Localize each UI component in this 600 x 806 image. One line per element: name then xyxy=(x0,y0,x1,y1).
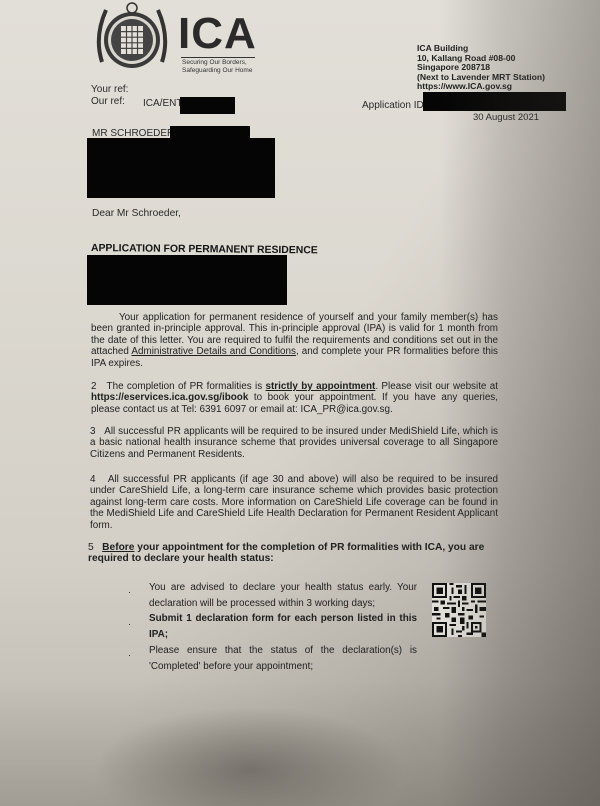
logo-divider xyxy=(181,57,255,58)
paragraph-number: 3 xyxy=(90,426,96,437)
our-ref-label: Our ref: xyxy=(91,96,125,107)
p4-text: All successful PR applicants (if age 30 … xyxy=(90,474,498,531)
salutation: Dear Mr Schroeder, xyxy=(92,208,181,219)
paragraph-3: 3 All successful PR applicants will be r… xyxy=(90,426,498,460)
paragraph-4: 4 All successful PR applicants (if age 3… xyxy=(90,474,498,531)
before-emphasis: Before xyxy=(102,542,134,553)
p5-text: your appointment for the completion of P… xyxy=(88,542,484,564)
redacted-subject-detail xyxy=(87,255,287,305)
bullet-item-2: Submit 1 declaration form for each perso… xyxy=(149,611,417,642)
tagline-line-1: Securing Our Borders, xyxy=(182,59,252,67)
p2-text-mid: . Please visit our website at xyxy=(375,381,498,392)
your-ref-label: Your ref: xyxy=(91,84,128,95)
application-id-label: Application ID: xyxy=(362,100,426,111)
paragraph-number: 5 xyxy=(88,542,94,553)
paragraph-1: Your application for permanent residence… xyxy=(91,312,498,369)
our-ref-value: ICA/ENT xyxy=(143,98,182,109)
paragraph-number: 2 xyxy=(91,381,97,392)
ica-crest-icon xyxy=(92,2,172,74)
ica-logo-text: ICA xyxy=(178,12,257,56)
paragraph-2: 2 The completion of PR formalities is st… xyxy=(91,381,498,415)
paragraph-5: 5 Before your appointment for the comple… xyxy=(88,542,504,565)
p3-text: All successful PR applicants will be req… xyxy=(90,426,498,460)
redacted-reference xyxy=(180,97,235,114)
redacted-application-id xyxy=(423,92,566,111)
administrative-details-link[interactable]: Administrative Details and Conditions xyxy=(131,346,296,357)
bullet-dot-icon: · xyxy=(128,614,131,632)
redacted-recipient-address xyxy=(87,138,275,198)
ibook-url-link[interactable]: https://eservices.ica.gov.sg/ibook xyxy=(91,392,248,403)
bullet-item-3: Please ensure that the status of the dec… xyxy=(149,643,417,674)
bullet-item-1: You are advised to declare your health s… xyxy=(149,580,417,611)
letter-date: 30 August 2021 xyxy=(473,112,539,123)
logo-tagline: Securing Our Borders, Safeguarding Our H… xyxy=(182,59,252,74)
ica-address-block: ICA Building 10, Kallang Road #08-00 Sin… xyxy=(417,44,545,92)
tagline-line-2: Safeguarding Our Home xyxy=(182,67,252,75)
website-link[interactable]: https://www.ICA.gov.sg xyxy=(417,82,545,92)
qr-code-icon[interactable] xyxy=(432,582,486,638)
bullet-dot-icon: · xyxy=(128,582,131,600)
paragraph-number: 4 xyxy=(90,474,96,485)
strictly-by-appointment: strictly by appointment xyxy=(265,381,375,392)
bullet-dot-icon: · xyxy=(128,645,131,663)
p2-text: The completion of PR formalities is xyxy=(107,381,266,392)
